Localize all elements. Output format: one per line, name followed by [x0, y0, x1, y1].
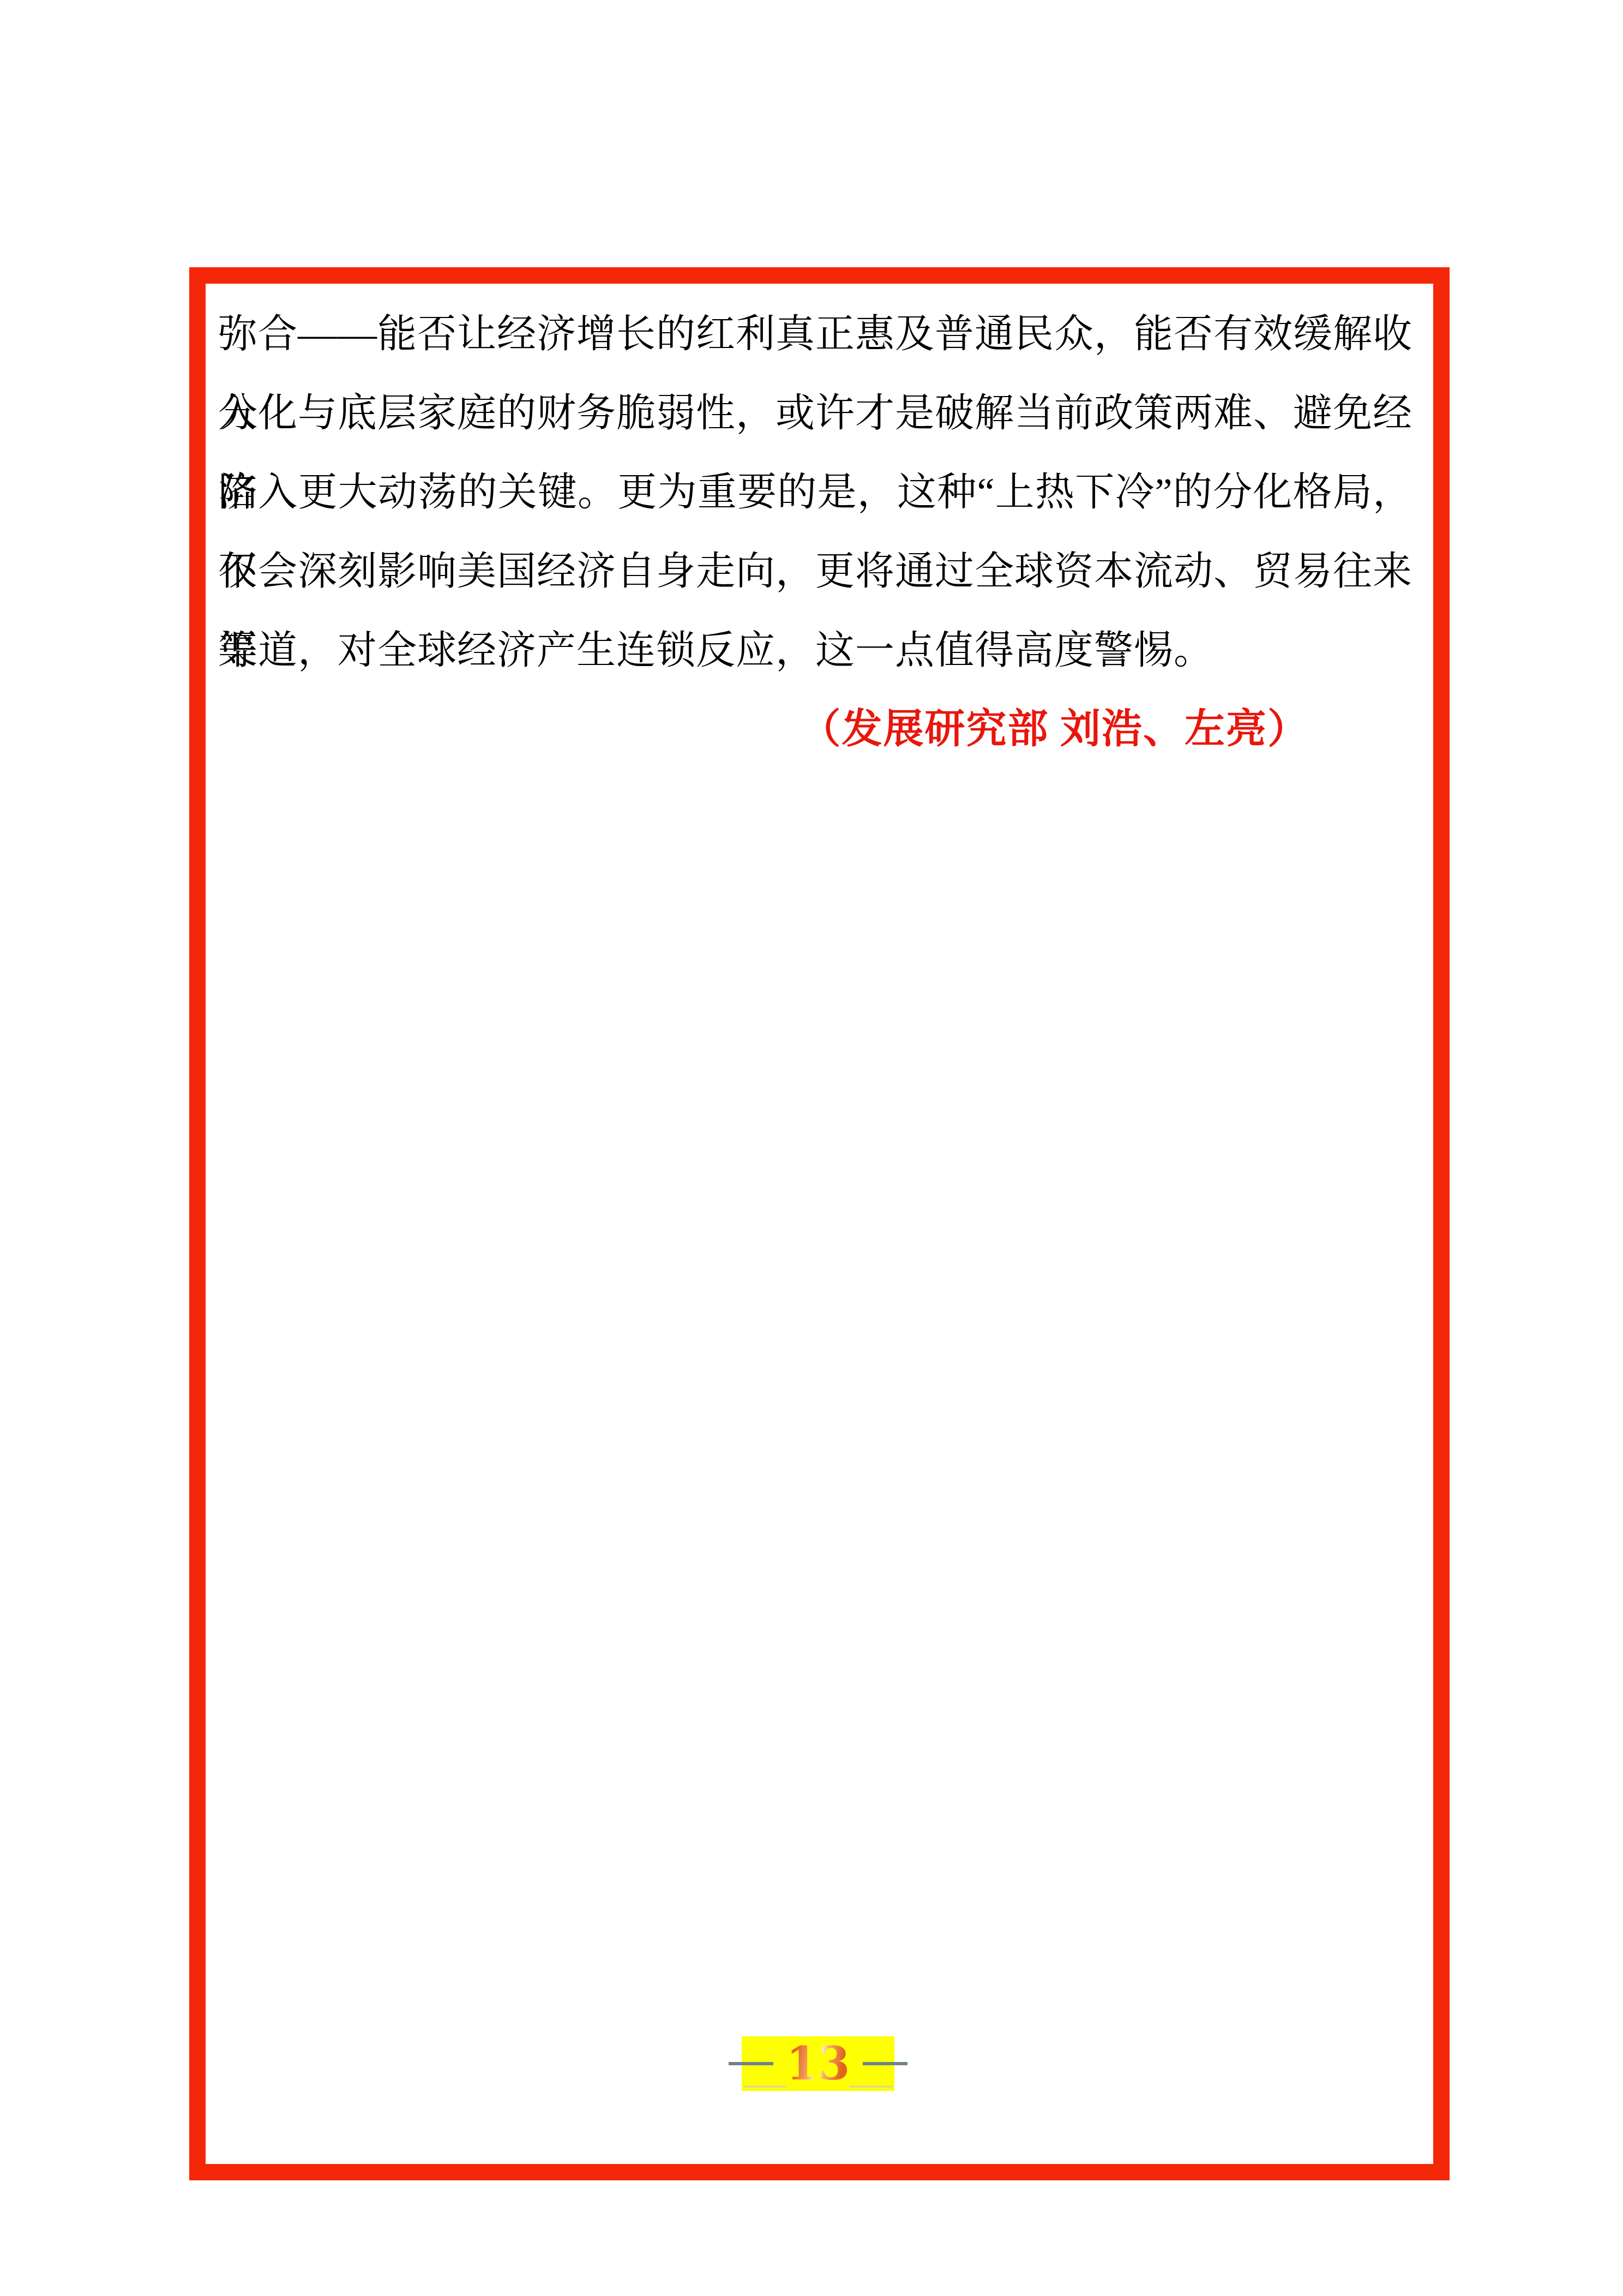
body-paragraph: 弥合——能否让经济增长的红利真正惠及普通民众，能否有效缓解收入 分化与底层家庭的…: [218, 295, 1412, 769]
footer-rule-shadow-left: [743, 2085, 787, 2088]
page-number: 13: [786, 2041, 850, 2087]
page-border-frame: 弥合——能否让经济增长的红利真正惠及普通民众，能否有效缓解收入 分化与底层家庭的…: [189, 267, 1450, 2180]
page-number-footer: 13: [742, 2036, 894, 2091]
paragraph-line-3: 陷入更大动荡的关键。更为重要的是，这种“上热下冷”的分化格局，不: [218, 453, 1412, 532]
footer-rule-left: [729, 2062, 773, 2065]
footer-rule-right: [863, 2062, 907, 2065]
paragraph-line-1: 弥合——能否让经济增长的红利真正惠及普通民众，能否有效缓解收入: [218, 295, 1412, 374]
document-page: { "page": { "paragraph": { "lines": [ "弥…: [0, 0, 1623, 2296]
paragraph-line-5: 渠道，对全球经济产生连锁反应，这一点值得高度警惕。: [218, 611, 1412, 690]
paragraph-line-2: 分化与底层家庭的财务脆弱性，或许才是破解当前政策两难、避免经济: [218, 374, 1412, 453]
footer-rule-shadow-right: [849, 2085, 893, 2088]
author-signature: （发展研究部 刘浩、左亮）: [218, 690, 1412, 769]
paragraph-line-4: 仅会深刻影响美国经济自身走向，更将通过全球资本流动、贸易往来等: [218, 532, 1412, 611]
